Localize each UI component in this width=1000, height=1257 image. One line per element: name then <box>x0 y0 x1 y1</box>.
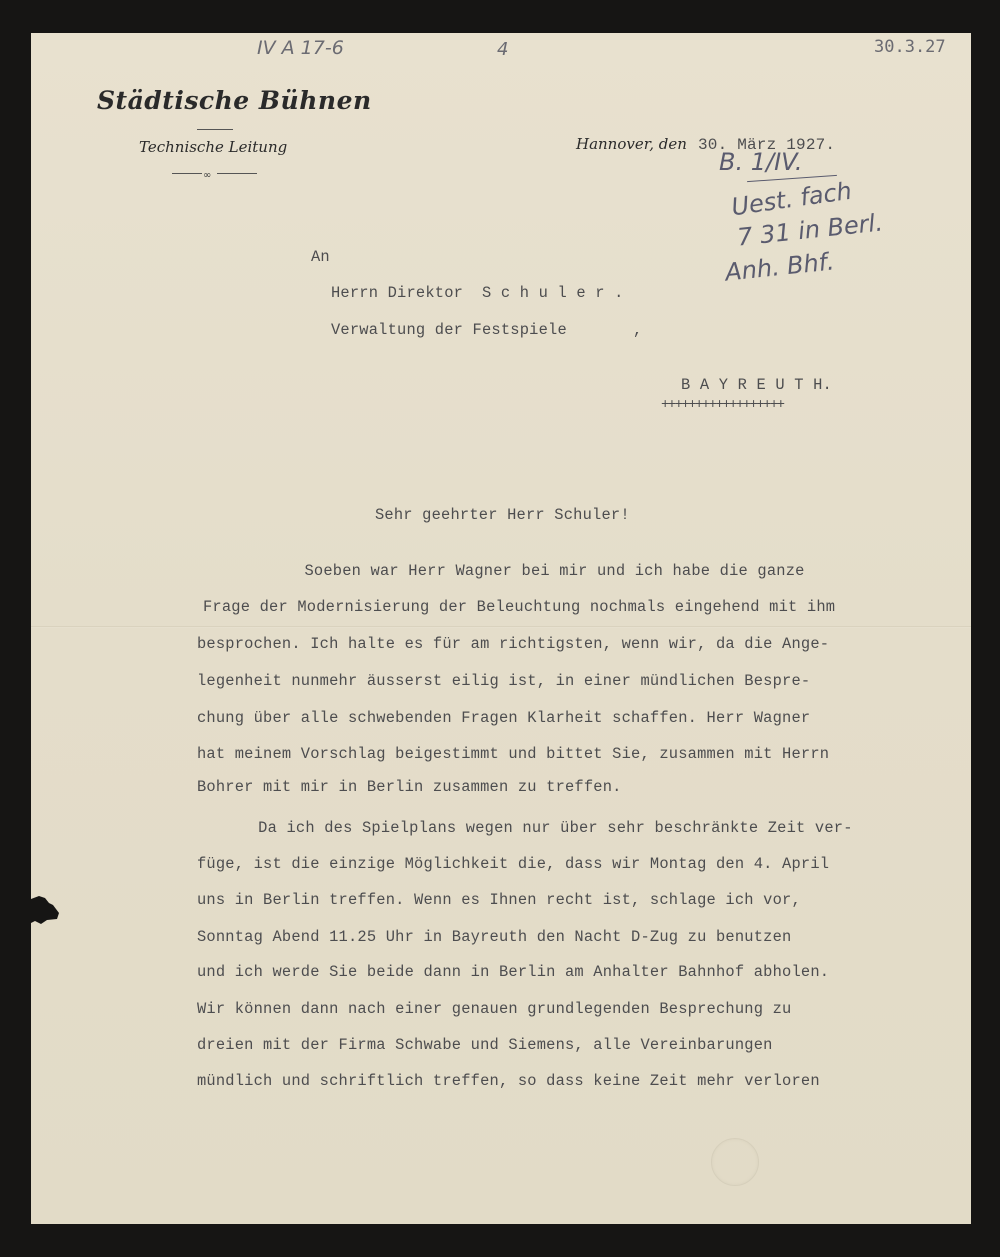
paper-fold <box>31 626 971 628</box>
salutation: Sehr geehrter Herr Schuler! <box>375 506 630 524</box>
body-line: Bohrer mit mir in Berlin zusammen zu tre… <box>197 778 622 796</box>
note-line: Anh. Bhf. <box>724 247 836 286</box>
ornament-rule-right <box>217 173 257 174</box>
letterhead-organization: Städtische Bühnen <box>97 86 372 115</box>
recipient-organization: Verwaltung der Festspiele , <box>331 321 642 339</box>
archive-signature: IV A 17-6 <box>257 37 344 59</box>
date-stamp: 30.3.27 <box>874 37 946 57</box>
body-line: Soeben war Herr Wagner bei mir und ich h… <box>229 562 805 580</box>
recipient-city-underline: ++++++++++++++++++ <box>661 397 783 413</box>
note-line: B. 1/IV. <box>719 148 802 176</box>
ornament-rule-left <box>172 173 202 174</box>
recipient-prefix: An <box>311 248 330 266</box>
body-line: Wir können dann nach einer genauen grund… <box>197 1000 791 1018</box>
body-line: besprochen. Ich halte es für am richtigs… <box>197 635 829 653</box>
recipient-name: Herrn Direktor S c h u l e r . <box>331 284 624 302</box>
body-line: hat meinem Vorschlag beigestimmt und bit… <box>197 745 829 763</box>
letterhead-rule <box>197 129 233 130</box>
ornament-icon: ∞ <box>203 170 211 181</box>
body-line: chung über alle schwebenden Fragen Klarh… <box>197 709 810 727</box>
body-line: legenheit nunmehr äusserst eilig ist, in… <box>197 672 810 690</box>
letterhead-department: Technische Leitung <box>139 138 287 156</box>
dateline-place: Hannover, den <box>576 135 687 153</box>
body-line: dreien mit der Firma Schwabe und Siemens… <box>197 1036 773 1054</box>
body-line: Frage der Modernisierung der Beleuchtung… <box>203 598 835 616</box>
recipient-city: B A Y R E U T H. <box>681 376 832 394</box>
body-line: füge, ist die einzige Möglichkeit die, d… <box>197 855 829 873</box>
body-line: Da ich des Spielplans wegen nur über seh… <box>211 819 853 837</box>
body-line: uns in Berlin treffen. Wenn es Ihnen rec… <box>197 891 801 909</box>
body-line: Sonntag Abend 11.25 Uhr in Bayreuth den … <box>197 928 791 946</box>
letter-page: IV A 17-6 4 30.3.27 Städtische Bühnen Te… <box>31 33 971 1224</box>
body-line: mündlich und schriftlich treffen, so das… <box>197 1072 820 1090</box>
body-line: und ich werde Sie beide dann in Berlin a… <box>197 963 829 981</box>
embossed-seal <box>711 1138 759 1186</box>
torn-hole <box>31 895 63 927</box>
page-number: 4 <box>497 39 508 60</box>
